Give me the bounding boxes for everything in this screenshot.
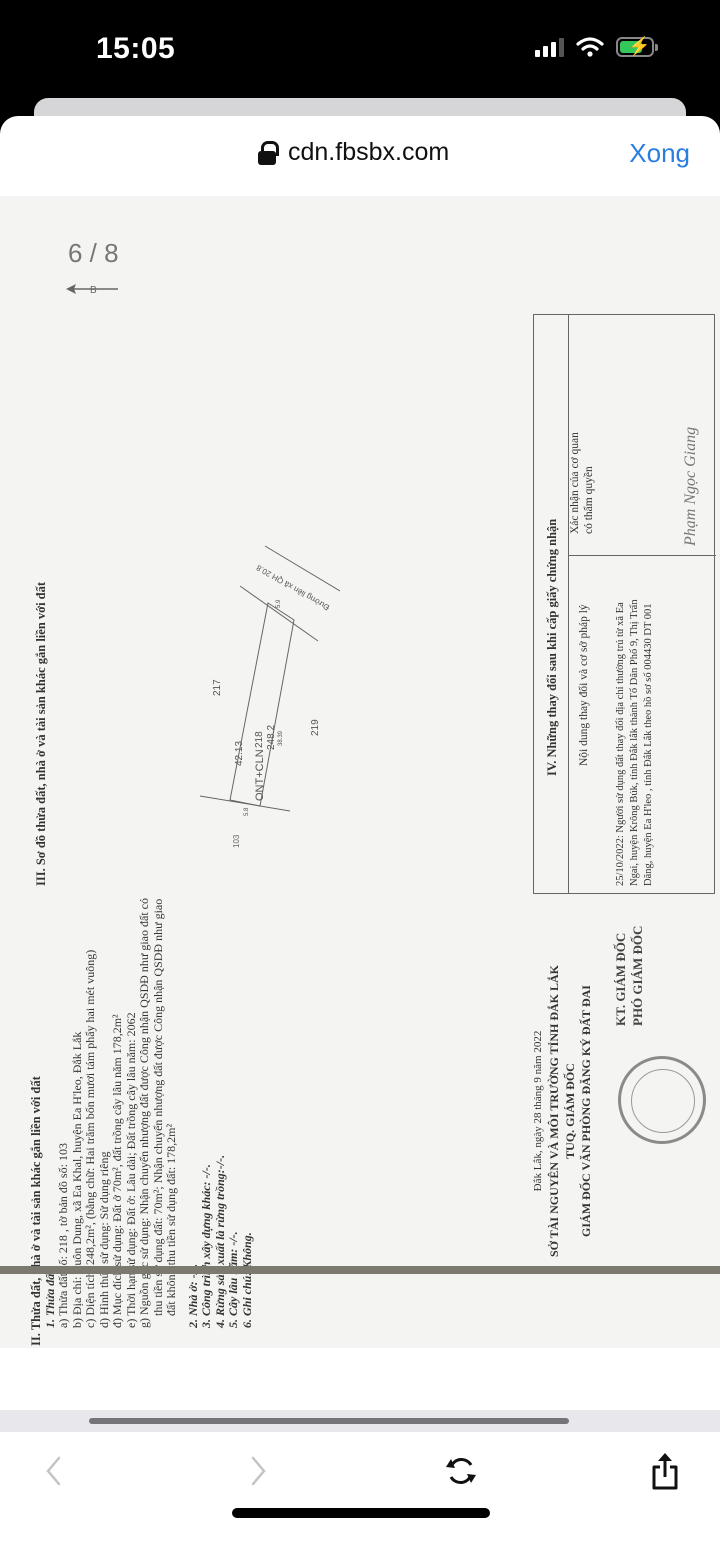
- scrollbar-thumb[interactable]: [89, 1418, 569, 1424]
- change-note: 25/10/2022: Người sử dụng đất thay đổi đ…: [614, 599, 656, 886]
- share-icon: [650, 1451, 680, 1491]
- neighbor-parcel-103: 103: [232, 835, 241, 848]
- svg-text:ONT+CLN: ONT+CLN: [254, 749, 266, 801]
- forward-button[interactable]: [234, 1446, 284, 1496]
- svg-text:42.13: 42.13: [234, 741, 245, 766]
- cellular-signal-icon: [535, 37, 564, 57]
- changes-col-header-confirmation: Xác nhận của cơ quan có thẩm quyền: [568, 432, 596, 534]
- browser-sheet: cdn.fbsbx.com Xong 6 / 8 B II. Thửa đất,…: [0, 116, 720, 1560]
- svg-text:38.39: 38.39: [278, 730, 284, 746]
- lock-icon: [258, 141, 276, 165]
- wifi-icon: [576, 36, 604, 58]
- svg-text:219: 219: [310, 719, 321, 736]
- signing-block: Đắk Lắk, ngày 28 tháng 9 năm 2022 SỞ TÀI…: [530, 946, 594, 1276]
- svg-text:217: 217: [212, 679, 223, 696]
- home-indicator[interactable]: [232, 1508, 490, 1518]
- changes-col-header-content: Nội dung thay đổi và cơ sở pháp lý: [578, 604, 590, 766]
- svg-text:218: 218: [254, 731, 265, 748]
- svg-text:5.8: 5.8: [244, 807, 250, 816]
- chevron-left-icon: [43, 1455, 63, 1487]
- document-edge: [0, 1266, 720, 1274]
- status-icons: ⚡: [535, 36, 654, 58]
- status-time: 15:05: [96, 32, 175, 66]
- svg-text:248.2: 248.2: [266, 725, 277, 750]
- done-button[interactable]: Xong: [629, 138, 690, 169]
- browser-toolbar: [0, 1348, 720, 1560]
- url-text: cdn.fbsbx.com: [288, 138, 449, 167]
- north-arrow-icon: B: [66, 282, 120, 296]
- url-display: cdn.fbsbx.com: [258, 138, 449, 167]
- horizontal-scrollbar[interactable]: [0, 1410, 720, 1432]
- svg-text:B: B: [90, 285, 97, 296]
- document-viewer[interactable]: 6 / 8 B II. Thửa đất, nhà ở và tài sản k…: [0, 196, 720, 1348]
- page-indicator: 6 / 8: [68, 238, 119, 269]
- share-button[interactable]: [640, 1446, 690, 1496]
- battery-charging-icon: ⚡: [616, 37, 654, 57]
- status-bar: 15:05 ⚡: [0, 0, 720, 100]
- official-stamp-icon: [618, 1056, 706, 1144]
- changes-table-title: IV. Những thay đổi sau khi cấp giấy chứn…: [545, 519, 560, 776]
- reload-icon: [443, 1453, 479, 1489]
- back-button[interactable]: [28, 1446, 78, 1496]
- signature: Phạm Ngọc Giang: [682, 427, 700, 546]
- url-bar: cdn.fbsbx.com Xong: [0, 116, 720, 196]
- chevron-right-icon: [249, 1455, 269, 1487]
- deputy-director-title: KT. GIÁM ĐỐC PHÓ GIÁM ĐỐC: [612, 926, 646, 1026]
- reload-button[interactable]: [436, 1446, 486, 1496]
- svg-text:5.9: 5.9: [276, 599, 282, 608]
- section-parcel-diagram-title: III. Sơ đồ thửa đất, nhà ở và tài sản kh…: [34, 582, 49, 886]
